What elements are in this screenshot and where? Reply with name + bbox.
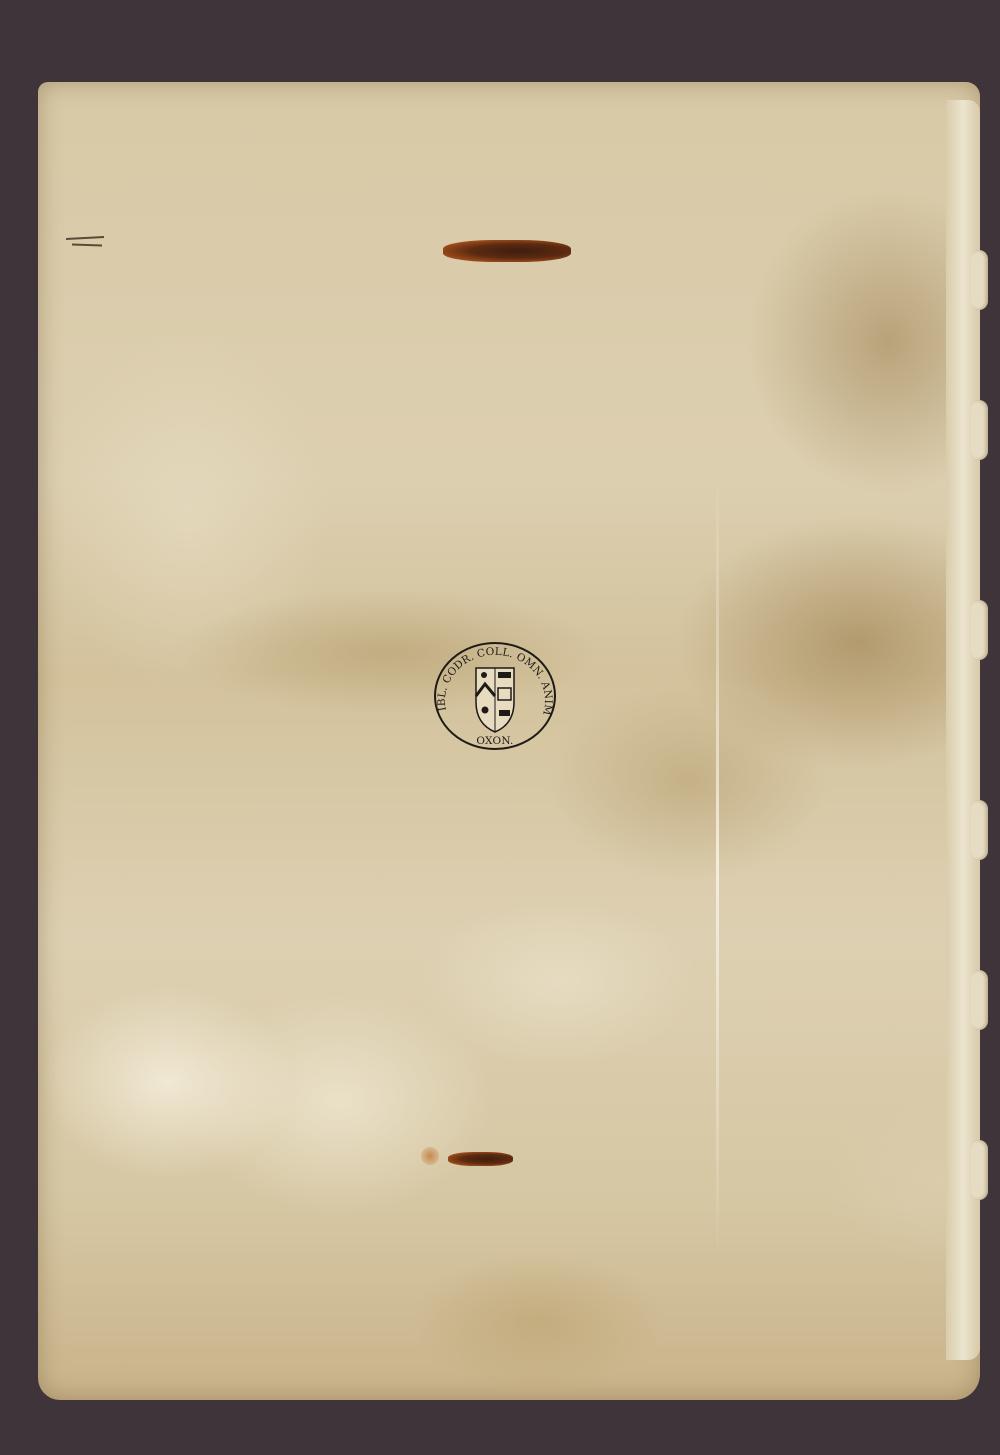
scratch-mark [72,243,102,246]
rust-mark-bottom [448,1152,513,1166]
spine-band [970,600,988,660]
spine-band [970,1140,988,1200]
spine-band [970,400,988,460]
stamp-bottom-text: OXON. [476,735,513,747]
scratch-mark [66,236,104,240]
rust-stain [421,1147,439,1165]
spine-band [970,250,988,310]
stamp-seal-icon: BIBL. CODR. COLL. OMN. ANIM. OXON. [432,640,558,752]
book-cover: BIBL. CODR. COLL. OMN. ANIM. OXON. [38,82,980,1400]
rust-mark-top [443,240,571,262]
book-spine [946,100,980,1360]
spine-band [970,800,988,860]
spine-band [970,970,988,1030]
vellum-crease [716,462,719,1262]
library-stamp: BIBL. CODR. COLL. OMN. ANIM. OXON. [432,640,558,752]
